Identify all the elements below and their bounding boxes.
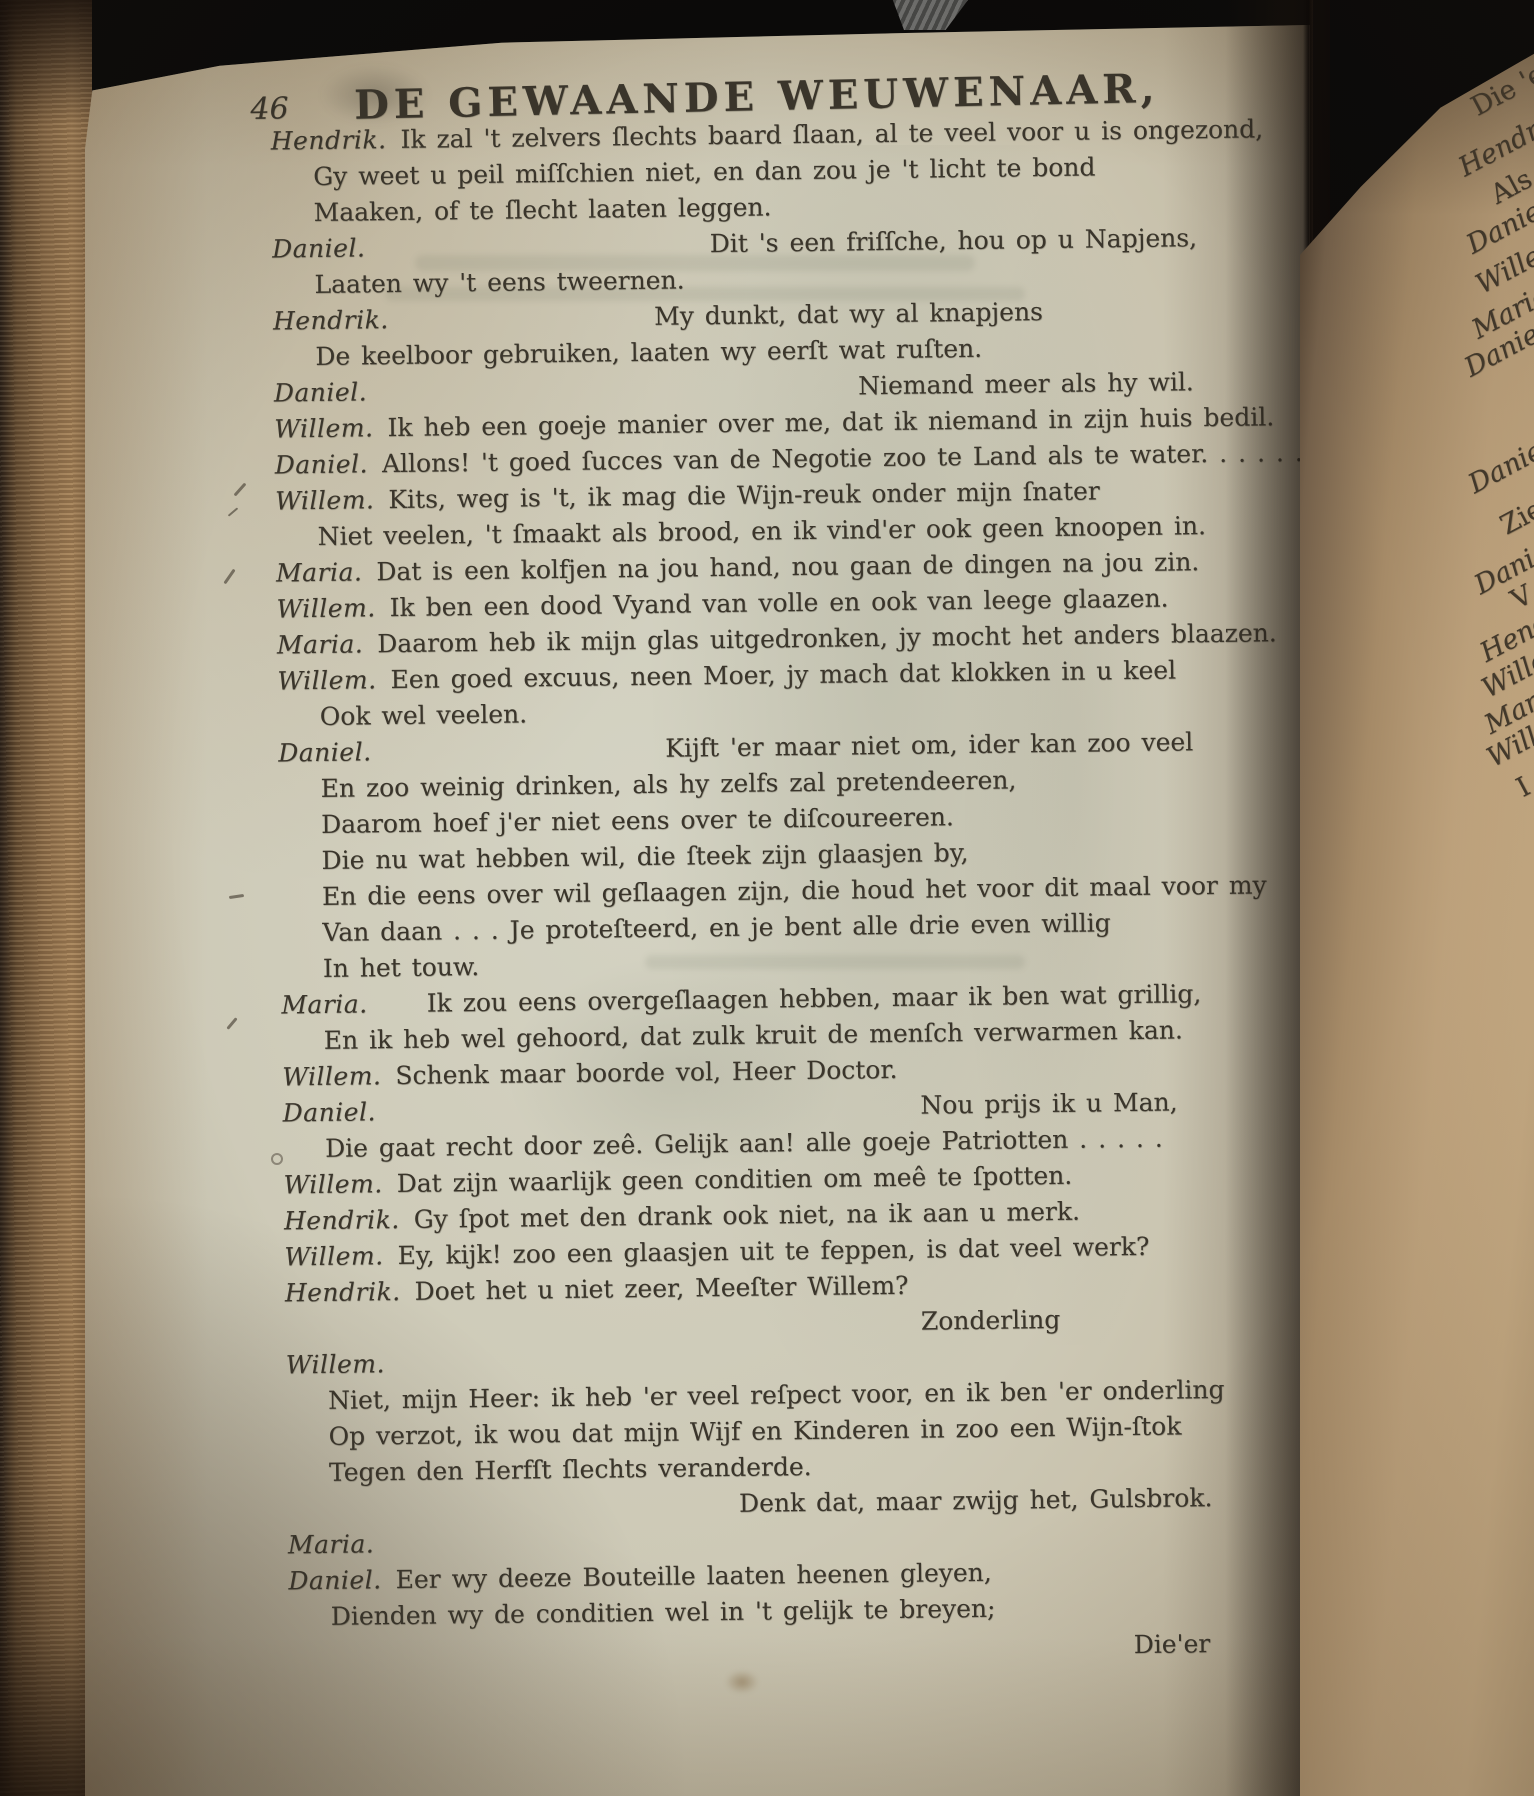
opposite-page-text: Daniel. [1463, 427, 1534, 500]
line-text: Kijft 'er maar niet om, ider kan zoo vee… [665, 724, 1203, 767]
line-text: Schenk maar boorde vol, Heer Doctor. [395, 1052, 898, 1094]
margin-mark [223, 569, 235, 585]
line-text: Dienden wy de conditien wel in 't gelijk… [331, 1591, 996, 1635]
speaker-name: Willem. [282, 1058, 382, 1095]
line-text: Niemand meer als hy wil. [858, 364, 1199, 404]
line-text: In het touw. [323, 949, 480, 987]
line-text: Dit 's een friſſche, hou op u Napjens, [710, 220, 1198, 262]
right-page: M Die 'er Hendrik. H Als gy Daniel. ( Wi… [1300, 0, 1534, 1796]
opposite-page-text: Die 'er [1466, 52, 1534, 122]
line-text: Laaten wy 't eens tweernen. [314, 262, 684, 303]
line-text: Tegen den Herfſt ſlechts veranderde. [329, 1449, 812, 1491]
page-text: 46 DE GEWAANDE WEUWENAAR, Hendrik.Ik zal… [270, 68, 1214, 1673]
line-text: Doet het u niet zeer, Meeſter Willem? [414, 1268, 908, 1310]
book-photo: 46 DE GEWAANDE WEUWENAAR, Hendrik.Ik zal… [0, 0, 1534, 1796]
opposite-page-text: M [1506, 13, 1534, 58]
margin-mark [234, 483, 247, 497]
book-page-edges [0, 0, 92, 1796]
opposite-page-text: V [1506, 579, 1534, 616]
speaker-name: Maria. [277, 626, 364, 663]
margin-mark [228, 507, 238, 516]
line-text: Denk dat, maar zwijg het, Gulsbrok. [739, 1480, 1213, 1522]
margin-mark [229, 894, 244, 899]
speaker-name: Willem. [275, 482, 375, 519]
camera-strap [888, 0, 968, 30]
line-text: Zonderling [921, 1300, 1211, 1340]
opposite-page-text: I [1511, 771, 1534, 803]
speaker-name: Daniel. [275, 446, 369, 483]
margin-mark [226, 1017, 237, 1030]
speaker-name: Daniel. [288, 1562, 382, 1599]
dialogue: Hendrik.Ik zal 't zelvers ſlechts baard … [271, 112, 1214, 1635]
line-text: Ook wel veelen. [320, 696, 528, 735]
speaker-name: Maria. [276, 554, 363, 591]
speaker-name: Daniel. [272, 230, 366, 267]
speaker-name: Maria. [281, 986, 368, 1023]
paper-spot [725, 1670, 759, 1694]
line-text: Maaken, of te ſlecht laaten leggen. [313, 189, 771, 231]
speaker-name: Daniel. [278, 734, 372, 771]
speaker-name: Willem. [276, 590, 376, 627]
speaker-name: Daniel. [282, 1094, 376, 1131]
speaker-name: Maria. [288, 1526, 375, 1563]
left-page: 46 DE GEWAANDE WEUWENAAR, Hendrik.Ik zal… [85, 25, 1310, 1796]
opposite-page-text: Zie [1495, 494, 1534, 542]
speaker-name: Willem. [274, 410, 374, 447]
speaker-name: Hendrik. [273, 302, 389, 339]
page-number: 46 [250, 91, 289, 127]
line-text: Nou prijs ik u Man, [920, 1084, 1208, 1124]
margin-mark [271, 1153, 283, 1165]
speaker-name: Willem. [277, 662, 377, 699]
speaker-name: Daniel. [274, 374, 368, 411]
line-text: My dunkt, dat wy al knapjens [654, 292, 1198, 335]
speaker-name: Hendrik. [285, 1274, 401, 1311]
speaker-name: Hendrik. [284, 1202, 400, 1239]
speaker-name: Willem. [283, 1166, 383, 1203]
speaker-name: Willem. [284, 1238, 384, 1275]
speaker-name: Willem. [286, 1346, 386, 1383]
